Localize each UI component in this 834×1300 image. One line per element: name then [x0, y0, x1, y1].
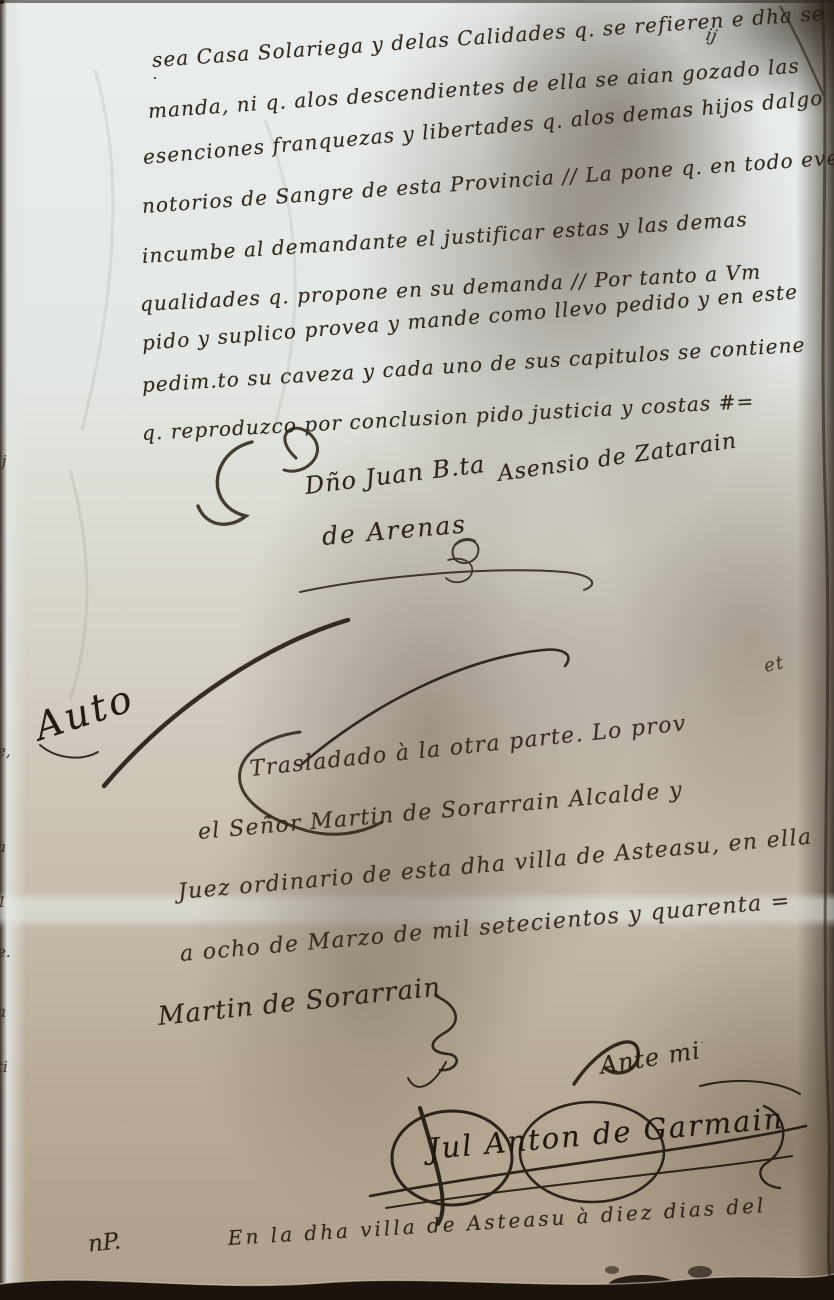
manuscript-scan: { "page": { "folio_mark": "ij", "petitio… [0, 0, 834, 1300]
edge-fragment: 1 [0, 893, 13, 911]
bottom-margin-note: nP. [87, 1228, 122, 1257]
ink-specks [0, 0, 4, 4]
edge-fragment: ij [0, 452, 13, 470]
edge-fragment: e, [0, 742, 13, 760]
edge-fragment: e. [0, 943, 13, 961]
decree-edge-fragment: et [762, 652, 787, 677]
edge-fragment: ti [0, 1058, 13, 1076]
edge-fragment: a [0, 838, 13, 856]
edge-fragment: a [0, 1003, 13, 1021]
